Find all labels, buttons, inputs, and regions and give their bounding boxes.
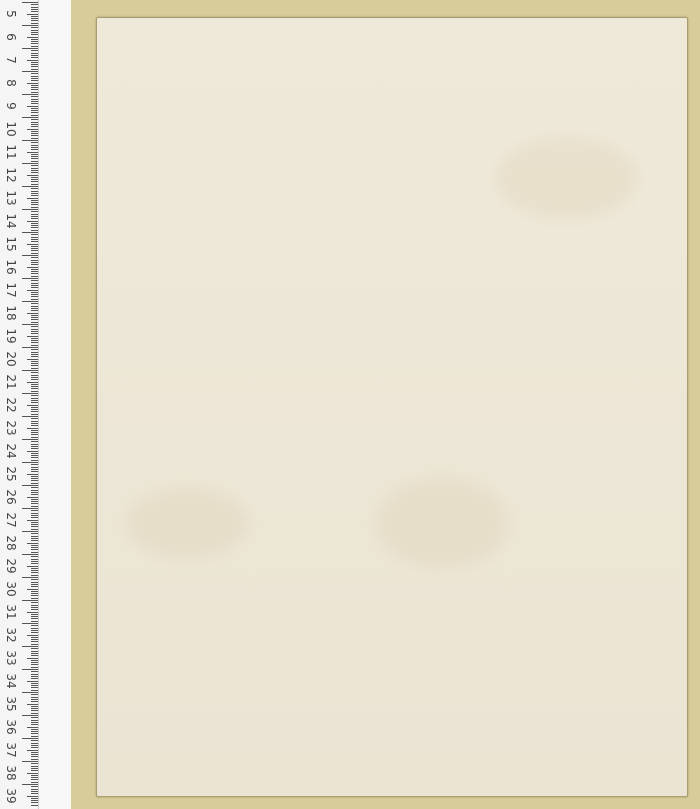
- ruler-tick: [31, 110, 38, 111]
- ruler-tick: [31, 706, 38, 707]
- ruler-tick: [31, 271, 38, 272]
- ruler-tick: [31, 310, 38, 311]
- ruler-tick: [31, 503, 38, 504]
- ruler-tick: [31, 273, 38, 274]
- ruler-tick: [31, 50, 38, 51]
- ruler-tick: [31, 46, 38, 47]
- ruler-tick: [31, 156, 38, 157]
- ruler-tick: [27, 612, 38, 613]
- ruler-tick: [31, 547, 38, 548]
- ruler-tick: [31, 802, 38, 803]
- ruler-tick: [31, 430, 38, 431]
- ruler-tick: [22, 117, 38, 118]
- ruler-tick: [27, 221, 38, 222]
- ruler-tick: [31, 770, 38, 771]
- ruler-tick: [27, 129, 38, 130]
- ruler-label: 15: [5, 234, 17, 254]
- ruler-tick: [31, 85, 38, 86]
- ruler-tick: [22, 600, 38, 601]
- ruler-tick: [31, 214, 38, 215]
- ruler-tick: [31, 308, 38, 309]
- ruler-tick: [31, 644, 38, 645]
- ruler-tick: [31, 306, 38, 307]
- ruler-tick: [31, 582, 38, 583]
- ruler-tick: [31, 73, 38, 74]
- ruler-tick: [31, 549, 38, 550]
- ruler-label: 29: [5, 556, 17, 576]
- ruler-tick: [31, 798, 38, 799]
- ruler-tick: [22, 278, 38, 279]
- ruler-label: 38: [5, 763, 17, 783]
- ruler-tick: [31, 510, 38, 511]
- ruler-tick: [31, 398, 38, 399]
- ruler-tick: [31, 545, 38, 546]
- ruler-tick: [31, 453, 38, 454]
- ruler-tick: [31, 637, 38, 638]
- ruler-tick: [31, 30, 38, 31]
- ruler-tick: [31, 303, 38, 304]
- ruler-tick: [31, 754, 38, 755]
- ruler-tick: [22, 531, 38, 532]
- ruler-tick: [31, 391, 38, 392]
- ruler-tick: [31, 142, 38, 143]
- ruler-tick: [31, 87, 38, 88]
- ruler-tick: [27, 313, 38, 314]
- ruler-tick: [31, 80, 38, 81]
- ruler-tick: [31, 775, 38, 776]
- ruler-tick: [31, 605, 38, 606]
- ruler-tick: [31, 193, 38, 194]
- ruler-tick: [27, 520, 38, 521]
- ruler-tick: [31, 584, 38, 585]
- ruler-label: 28: [5, 533, 17, 553]
- ruler-tick: [31, 618, 38, 619]
- ruler-tick: [31, 126, 38, 127]
- ruler-tick: [31, 467, 38, 468]
- ruler-tick: [22, 393, 38, 394]
- ruler-tick: [31, 616, 38, 617]
- ruler-tick: [31, 487, 38, 488]
- ruler-tick: [31, 246, 38, 247]
- ruler-tick: [22, 48, 38, 49]
- foxing-stain: [127, 488, 247, 558]
- ruler-tick: [27, 382, 38, 383]
- ruler-tick: [31, 747, 38, 748]
- ruler-tick: [27, 704, 38, 705]
- ruler-tick: [31, 708, 38, 709]
- ruler-tick: [31, 729, 38, 730]
- ruler-tick: [31, 648, 38, 649]
- ruler-tick: [31, 805, 38, 806]
- blank-page: [96, 17, 688, 797]
- ruler-tick: [31, 333, 38, 334]
- ruler-tick: [31, 492, 38, 493]
- ruler-tick: [31, 701, 38, 702]
- ruler-tick: [31, 690, 38, 691]
- ruler-tick: [27, 60, 38, 61]
- ruler-tick: [31, 388, 38, 389]
- ruler-label: 26: [5, 487, 17, 507]
- ruler-tick: [22, 301, 38, 302]
- ruler-tick: [31, 342, 38, 343]
- ruler-tick: [31, 421, 38, 422]
- ruler-tick: [31, 20, 38, 21]
- ruler-tick: [31, 444, 38, 445]
- ruler-tick: [31, 425, 38, 426]
- ruler-tick: [31, 338, 38, 339]
- ruler-tick: [31, 717, 38, 718]
- ruler-tick: [31, 147, 38, 148]
- ruler-tick: [31, 204, 38, 205]
- ruler-tick: [31, 62, 38, 63]
- ruler-tick: [31, 697, 38, 698]
- ruler-tick: [31, 191, 38, 192]
- ruler-label: 17: [5, 280, 17, 300]
- ruler-label: 18: [5, 303, 17, 323]
- ruler-tick: [31, 602, 38, 603]
- ruler-label: 24: [5, 441, 17, 461]
- ruler-tick: [31, 575, 38, 576]
- ruler-label: 5: [5, 4, 17, 24]
- ruler-tick: [27, 83, 38, 84]
- measuring-ruler: 5678910111213141516171819202122232425262…: [0, 0, 39, 809]
- ruler-tick: [31, 331, 38, 332]
- ruler-tick: [31, 165, 38, 166]
- ruler-tick: [31, 763, 38, 764]
- ruler-tick: [31, 570, 38, 571]
- ruler-tick: [31, 57, 38, 58]
- ruler-tick: [27, 175, 38, 176]
- ruler-tick: [31, 349, 38, 350]
- ruler-tick: [31, 253, 38, 254]
- ruler-label: 10: [5, 119, 17, 139]
- ruler-tick: [31, 18, 38, 19]
- ruler-tick: [31, 234, 38, 235]
- ruler-label: 21: [5, 372, 17, 392]
- ruler-tick: [31, 345, 38, 346]
- ruler-tick: [31, 294, 38, 295]
- ruler-tick: [31, 372, 38, 373]
- ruler-tick: [31, 384, 38, 385]
- ruler-tick: [31, 149, 38, 150]
- foxing-stain: [377, 478, 507, 568]
- ruler-tick: [31, 363, 38, 364]
- ruler-tick: [31, 4, 38, 5]
- ruler-label: 16: [5, 257, 17, 277]
- ruler-tick: [31, 529, 38, 530]
- ruler-tick: [31, 490, 38, 491]
- ruler-tick: [22, 761, 38, 762]
- ruler-tick: [31, 777, 38, 778]
- ruler-tick: [22, 232, 38, 233]
- ruler-tick: [31, 411, 38, 412]
- ruler-tick: [27, 773, 38, 774]
- ruler-tick: [31, 476, 38, 477]
- ruler-tick: [31, 181, 38, 182]
- ruler-tick: [31, 225, 38, 226]
- ruler-tick: [22, 140, 38, 141]
- ruler-tick: [31, 499, 38, 500]
- ruler-tick: [27, 198, 38, 199]
- ruler-tick: [27, 267, 38, 268]
- ruler-tick: [31, 563, 38, 564]
- ruler-tick: [31, 96, 38, 97]
- ruler-tick: [31, 32, 38, 33]
- ruler-tick: [31, 561, 38, 562]
- ruler-tick: [31, 230, 38, 231]
- ruler-tick: [22, 2, 38, 3]
- ruler-tick: [27, 37, 38, 38]
- ruler-tick: [31, 184, 38, 185]
- ruler-tick: [27, 428, 38, 429]
- ruler-tick: [31, 639, 38, 640]
- ruler-tick: [31, 400, 38, 401]
- ruler-label: 27: [5, 510, 17, 530]
- ruler-tick: [31, 269, 38, 270]
- ruler-tick: [31, 625, 38, 626]
- ruler-tick: [31, 559, 38, 560]
- ruler-label: 35: [5, 694, 17, 714]
- ruler-tick: [31, 145, 38, 146]
- ruler-tick: [31, 248, 38, 249]
- ruler-tick: [31, 720, 38, 721]
- ruler-tick: [31, 448, 38, 449]
- ruler-tick: [27, 635, 38, 636]
- ruler-tick: [31, 579, 38, 580]
- ruler-label: 14: [5, 211, 17, 231]
- ruler-tick: [31, 43, 38, 44]
- ruler-tick: [27, 152, 38, 153]
- ruler-tick: [31, 23, 38, 24]
- ruler-tick: [27, 589, 38, 590]
- ruler-tick: [31, 752, 38, 753]
- ruler-tick: [31, 257, 38, 258]
- ruler-tick: [27, 359, 38, 360]
- ruler-tick: [31, 377, 38, 378]
- ruler-tick: [31, 595, 38, 596]
- ruler-tick: [31, 402, 38, 403]
- ruler-tick: [31, 89, 38, 90]
- ruler-tick: [22, 163, 38, 164]
- ruler-tick: [31, 568, 38, 569]
- ruler-tick: [27, 451, 38, 452]
- ruler-tick: [22, 738, 38, 739]
- ruler-tick: [31, 793, 38, 794]
- ruler-tick: [31, 280, 38, 281]
- ruler-tick: [31, 322, 38, 323]
- ruler-tick: [27, 290, 38, 291]
- ruler-tick: [31, 471, 38, 472]
- ruler-tick: [27, 405, 38, 406]
- ruler-tick: [31, 515, 38, 516]
- ruler-tick: [31, 131, 38, 132]
- ruler-tick: [31, 329, 38, 330]
- ruler-tick: [27, 244, 38, 245]
- ruler-tick: [31, 660, 38, 661]
- ruler-tick: [27, 106, 38, 107]
- ruler-label: 19: [5, 326, 17, 346]
- ruler-label: 13: [5, 188, 17, 208]
- ruler-tick: [27, 658, 38, 659]
- ruler-tick: [31, 455, 38, 456]
- ruler-tick: [22, 209, 38, 210]
- ruler-tick: [31, 223, 38, 224]
- ruler-tick: [22, 255, 38, 256]
- ruler-tick: [31, 667, 38, 668]
- ruler-tick: [31, 407, 38, 408]
- ruler-tick: [31, 368, 38, 369]
- ruler-tick: [31, 740, 38, 741]
- ruler-tick: [31, 386, 38, 387]
- ruler-tick: [31, 7, 38, 8]
- ruler-tick: [31, 460, 38, 461]
- ruler-tick: [22, 416, 38, 417]
- ruler-tick: [22, 370, 38, 371]
- ruler-tick: [31, 446, 38, 447]
- ruler-tick: [31, 685, 38, 686]
- ruler-tick: [31, 641, 38, 642]
- ruler-tick: [31, 759, 38, 760]
- ruler-tick: [31, 170, 38, 171]
- ruler-label: 6: [5, 27, 17, 47]
- ruler-tick: [22, 554, 38, 555]
- ruler-tick: [22, 784, 38, 785]
- ruler-tick: [22, 508, 38, 509]
- ruler-tick: [31, 41, 38, 42]
- ruler-tick: [31, 375, 38, 376]
- ruler-tick: [31, 651, 38, 652]
- ruler-tick: [22, 71, 38, 72]
- ruler-tick: [31, 745, 38, 746]
- ruler-tick: [31, 133, 38, 134]
- ruler-tick: [31, 766, 38, 767]
- ruler-tick: [31, 135, 38, 136]
- ruler-tick: [22, 715, 38, 716]
- ruler-label: 36: [5, 717, 17, 737]
- ruler-tick: [27, 497, 38, 498]
- ruler-tick: [31, 69, 38, 70]
- ruler-tick: [31, 694, 38, 695]
- ruler-tick: [27, 750, 38, 751]
- ruler-label: 31: [5, 602, 17, 622]
- ruler-tick: [31, 276, 38, 277]
- ruler-tick: [31, 653, 38, 654]
- ruler-tick: [31, 34, 38, 35]
- ruler-tick: [31, 262, 38, 263]
- ruler-tick: [31, 552, 38, 553]
- ruler-tick: [31, 260, 38, 261]
- ruler-tick: [22, 462, 38, 463]
- ruler-label: 20: [5, 349, 17, 369]
- ruler-tick: [31, 655, 38, 656]
- ruler-label: 8: [5, 73, 17, 93]
- ruler-tick: [31, 101, 38, 102]
- ruler-tick: [31, 779, 38, 780]
- ruler-label: 22: [5, 395, 17, 415]
- ruler-tick: [31, 494, 38, 495]
- ruler-tick: [31, 76, 38, 77]
- ruler-tick: [31, 522, 38, 523]
- ruler-tick: [31, 423, 38, 424]
- ruler-tick: [22, 669, 38, 670]
- ruler-tick: [31, 99, 38, 100]
- ruler-tick: [22, 94, 38, 95]
- ruler-tick: [31, 172, 38, 173]
- ruler-tick: [31, 237, 38, 238]
- ruler-tick: [31, 434, 38, 435]
- ruler-tick: [31, 122, 38, 123]
- ruler-tick: [31, 354, 38, 355]
- ruler-label: 34: [5, 671, 17, 691]
- ruler-tick: [31, 287, 38, 288]
- ruler-tick: [31, 154, 38, 155]
- ruler-tick: [31, 218, 38, 219]
- ruler-tick: [31, 469, 38, 470]
- ruler-tick: [22, 485, 38, 486]
- ruler-tick: [31, 722, 38, 723]
- ruler-tick: [31, 724, 38, 725]
- ruler-tick: [31, 241, 38, 242]
- ruler-tick: [27, 566, 38, 567]
- ruler-label: 11: [5, 142, 17, 162]
- ruler-tick: [31, 671, 38, 672]
- ruler-tick: [22, 347, 38, 348]
- ruler-tick: [31, 791, 38, 792]
- ruler-tick: [31, 78, 38, 79]
- ruler-tick: [31, 409, 38, 410]
- ruler-tick: [31, 538, 38, 539]
- ruler-tick: [27, 796, 38, 797]
- ruler-tick: [31, 177, 38, 178]
- ruler-tick: [31, 513, 38, 514]
- ruler-tick: [31, 437, 38, 438]
- ruler-tick: [31, 593, 38, 594]
- ruler-tick: [22, 324, 38, 325]
- ruler-tick: [31, 39, 38, 40]
- ruler-tick: [31, 379, 38, 380]
- ruler-tick: [31, 713, 38, 714]
- ruler-tick: [31, 158, 38, 159]
- ruler-tick: [31, 414, 38, 415]
- ruler-tick: [31, 457, 38, 458]
- ruler-tick: [31, 356, 38, 357]
- ruler-tick: [31, 699, 38, 700]
- ruler-tick: [31, 733, 38, 734]
- ruler-tick: [27, 727, 38, 728]
- ruler-tick: [31, 501, 38, 502]
- ruler-tick: [31, 108, 38, 109]
- ruler-tick: [31, 743, 38, 744]
- ruler-tick: [31, 768, 38, 769]
- ruler-tick: [31, 441, 38, 442]
- ruler-tick: [31, 319, 38, 320]
- ruler-label: 37: [5, 740, 17, 760]
- ruler-tick: [31, 64, 38, 65]
- ruler-tick: [31, 9, 38, 10]
- ruler-tick: [31, 517, 38, 518]
- ruler-tick: [27, 14, 38, 15]
- ruler-tick: [31, 239, 38, 240]
- ruler-tick: [31, 161, 38, 162]
- ruler-tick: [31, 609, 38, 610]
- ruler-tick: [31, 315, 38, 316]
- ruler-tick: [31, 628, 38, 629]
- ruler-tick: [31, 662, 38, 663]
- ruler-tick: [31, 687, 38, 688]
- ruler-tick: [31, 614, 38, 615]
- ruler-label: 7: [5, 50, 17, 70]
- ruler-tick: [31, 533, 38, 534]
